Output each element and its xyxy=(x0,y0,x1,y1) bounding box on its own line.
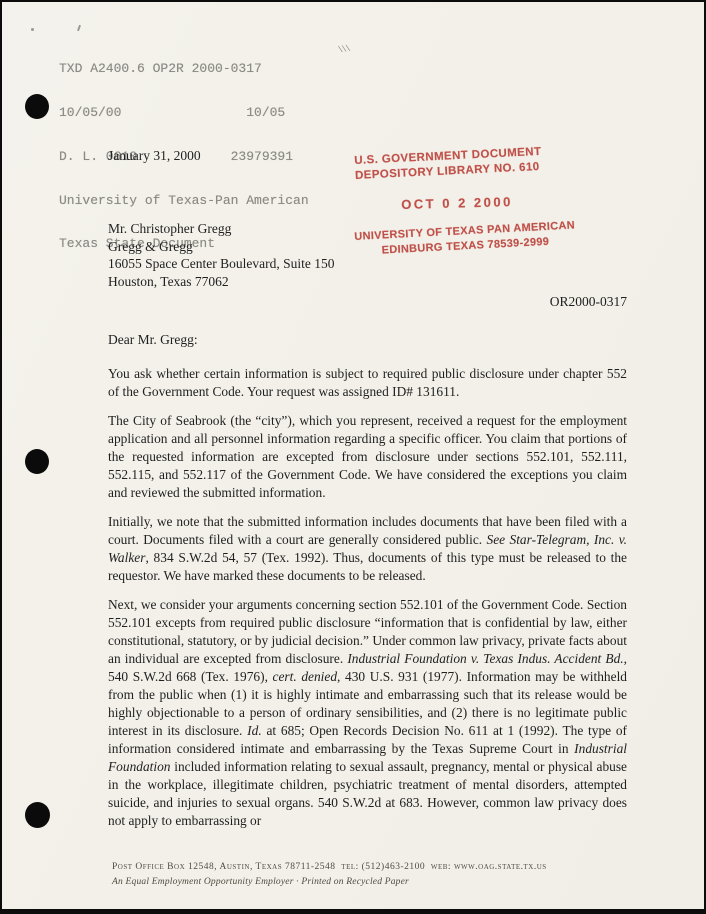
reference-number: OR2000-0317 xyxy=(108,294,627,310)
recipient-line: Gregg & Gregg xyxy=(108,238,334,256)
university-stamp: UNIVERSITY OF TEXAS PAN AMERICAN EDINBUR… xyxy=(354,218,576,260)
paragraph: Initially, we note that the submitted in… xyxy=(108,513,627,585)
recipient-line: Houston, Texas 77062 xyxy=(108,273,334,291)
recipient-address: Mr. Christopher Gregg Gregg & Gregg 1605… xyxy=(108,220,334,290)
scan-speck xyxy=(31,28,34,31)
letter-body: You ask whether certain information is s… xyxy=(108,365,627,841)
paragraph: Next, we consider your arguments concern… xyxy=(108,596,627,830)
recipient-line: Mr. Christopher Gregg xyxy=(108,220,334,238)
date-received-stamp: OCT 0 2 2000 xyxy=(401,194,513,212)
letterhead-footer: Post Office Box 12548, Austin, Texas 787… xyxy=(112,862,547,887)
punch-hole-middle xyxy=(25,449,49,474)
punch-hole-bottom xyxy=(25,802,50,828)
letter-date: January 31, 2000 xyxy=(108,148,201,164)
punch-hole-top xyxy=(25,94,49,119)
scan-speck xyxy=(77,25,81,31)
catalog-line: University of Texas-Pan American xyxy=(59,194,309,209)
salutation: Dear Mr. Gregg: xyxy=(108,332,198,348)
recipient-line: 16055 Space Center Boulevard, Suite 150 xyxy=(108,255,334,273)
paragraph: You ask whether certain information is s… xyxy=(108,365,627,401)
footer-address-line: Post Office Box 12548, Austin, Texas 787… xyxy=(112,862,547,872)
scan-mark: \\\ xyxy=(337,43,350,54)
scanned-letter-page: TXD A2400.6 OP2R 2000-0317 10/05/00 10/0… xyxy=(0,0,706,914)
footer-eoe-line: An Equal Employment Opportunity Employer… xyxy=(112,877,547,887)
catalog-line: TXD A2400.6 OP2R 2000-0317 xyxy=(59,62,309,77)
paragraph: The City of Seabrook (the “city”), which… xyxy=(108,412,627,502)
catalog-line: 10/05/00 10/05 xyxy=(59,106,309,121)
depository-library-stamp: U.S. GOVERNMENT DOCUMENT DEPOSITORY LIBR… xyxy=(354,145,542,184)
